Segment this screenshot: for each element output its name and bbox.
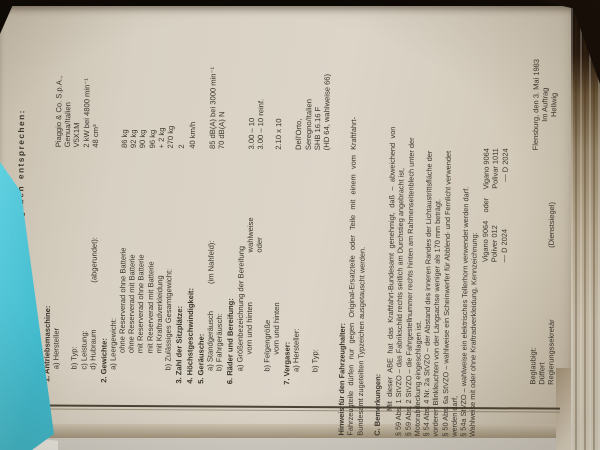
form-value: SHB 16.16 F bbox=[313, 107, 323, 151]
form-value: 90 kg bbox=[138, 130, 147, 149]
marking-left: Vigano 9064 bbox=[481, 221, 491, 262]
form-value: 2.10 x 10 bbox=[274, 118, 284, 149]
form-value: Dell'Orto, bbox=[294, 119, 304, 151]
form-label: vorn und hinten bbox=[271, 302, 281, 384]
marking-middle: oder bbox=[481, 198, 491, 213]
form-label: b) Fahrgeräusch: bbox=[215, 313, 225, 384]
certification-block: Beglaubigt: Düffert Regierungssekretär bbox=[528, 319, 556, 385]
marking-row: — D 2024 — D 2024 bbox=[499, 148, 510, 262]
form-label: 4. Höchstgeschwindigkeit: bbox=[185, 288, 195, 384]
form-value: 96 kg bbox=[148, 130, 157, 149]
form-value: V5X1M bbox=[72, 123, 81, 148]
rotated-page-content: B. Die Fahrzeuge müssen folgenden Angabe… bbox=[0, 0, 600, 450]
form-label: 7. Vergaser: bbox=[282, 342, 292, 385]
form-value: + 2 kg bbox=[157, 127, 166, 148]
form-option-note: wahlweise bbox=[245, 217, 255, 252]
remarks-paragraph: Mit dieser ABE hat das Kraftfahrt-Bundes… bbox=[385, 52, 482, 437]
spec-form: 1. Antriebsmaschine: a) Hersteller Piagg… bbox=[40, 37, 332, 385]
form-label: d) Hubraum bbox=[88, 330, 98, 383]
form-note: (abgerundet): bbox=[89, 237, 99, 283]
form-value: 92 kg bbox=[129, 129, 138, 148]
form-option-note: oder bbox=[255, 237, 264, 252]
form-label: 2. Gewichte: bbox=[99, 338, 109, 383]
form-value: 86 kg bbox=[120, 129, 129, 148]
marking-codes: Vigano 9064 oder Vigano 9064 Poliver 012… bbox=[481, 148, 511, 262]
form-value: 3.00 – 10 bbox=[247, 118, 257, 150]
photo-background-top bbox=[0, 0, 600, 6]
form-label: b) Typ: bbox=[70, 346, 80, 382]
marking-right: Vigano 9064 bbox=[481, 148, 491, 189]
form-note: (im Nahfeld): bbox=[206, 240, 216, 284]
remarks-lines: § 59 Abs. 1 StVZO – das Fabrikschild rec… bbox=[394, 52, 482, 437]
issuance-line: Hellwig bbox=[549, 54, 559, 156]
form-value: 270 kg bbox=[166, 126, 175, 149]
form-value: (HD 64, wahlweise 66) bbox=[322, 74, 332, 150]
form-value: 40 km/h bbox=[188, 122, 198, 149]
form-label: b) Typ: bbox=[310, 349, 320, 385]
form-value: 2 bbox=[177, 144, 186, 148]
remarks-title: C. Bemerkungen: bbox=[373, 374, 383, 436]
form-value: Genua/Italien bbox=[63, 102, 73, 147]
form-label: b) Zulässiges Gesamtgewicht: bbox=[163, 269, 174, 384]
issuance-block: Flensburg, den 3. Mai 1983 Im Auftrag He… bbox=[531, 54, 559, 156]
form-value: 70 dB(A) N bbox=[217, 111, 227, 149]
marking-left: — D 2024 bbox=[499, 229, 509, 262]
marking-right: — D 2024 bbox=[500, 148, 510, 181]
certification-line: Regierungssekretär bbox=[546, 319, 556, 385]
form-label: 3. Zahl der Sitzplätze: bbox=[174, 306, 184, 384]
form-value: 48 cm³ bbox=[91, 124, 100, 147]
marking-left: Poliver 012 bbox=[490, 225, 500, 262]
owner-notice: Hinweis für den Fahrzeughalter: Fahrzeug… bbox=[337, 53, 370, 435]
seal-placeholder: (Dienstsiegel) bbox=[547, 202, 557, 248]
marking-right: Polivar 1011 bbox=[491, 148, 501, 189]
photographed-document: B. Die Fahrzeuge müssen folgenden Angabe… bbox=[0, 0, 600, 450]
